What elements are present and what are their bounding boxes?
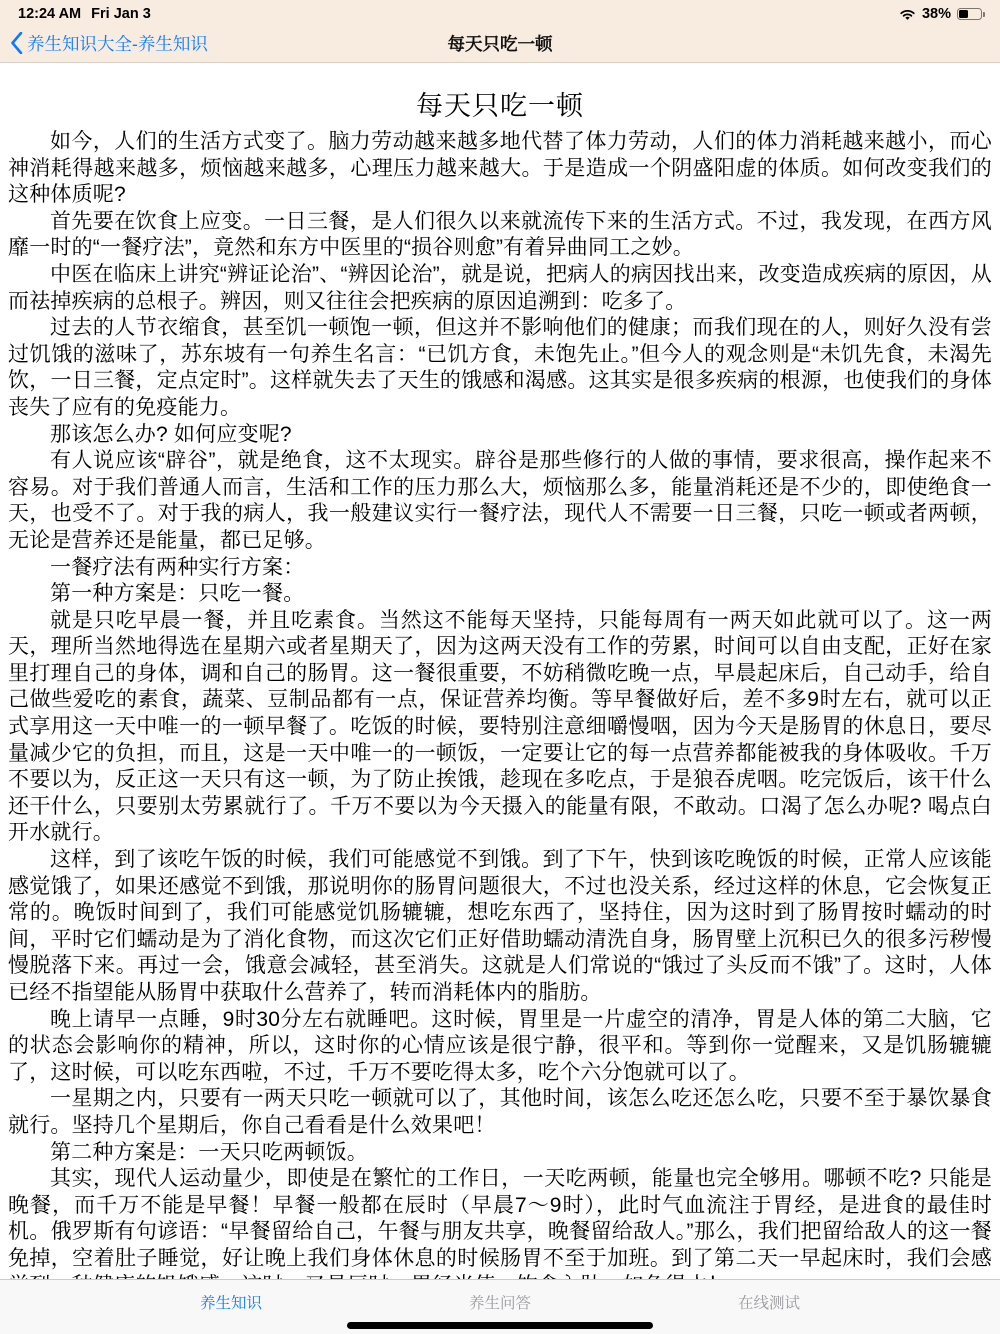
article-scroll-area[interactable]: 每天只吃一顿 如今，人们的生活方式变了。脑力劳动越来越多地代替了体力劳动，人们的… (0, 63, 1000, 1279)
battery-icon (957, 8, 982, 20)
article-paragraph: 第一种方案是：只吃一餐。 (8, 581, 992, 608)
article-paragraph: 这样，到了该吃午饭的时候，我们可能感觉不到饿。到了下午，快到该吃晚饭的时候，正常… (8, 847, 992, 1007)
status-date: Fri Jan 3 (91, 6, 151, 22)
article-paragraph: 就是只吃早晨一餐，并且吃素食。当然这不能每天坚持，只能每周有一两天如此就可以了。… (8, 608, 992, 847)
tab-items: 养生知识养生问答在线测试 (200, 1280, 800, 1313)
article-paragraph: 过去的人节衣缩食，甚至饥一顿饱一顿，但这并不影响他们的健康；而我们现在的人，则好… (8, 315, 992, 421)
wifi-icon (899, 8, 916, 21)
status-bar: 12:24 AM Fri Jan 3 38% (0, 0, 1000, 26)
app-screen: 12:24 AM Fri Jan 3 38% (0, 0, 1000, 1334)
status-left: 12:24 AM Fri Jan 3 (18, 6, 151, 22)
article-paragraph: 首先要在饮食上应变。一日三餐，是人们很久以来就流传下来的生活方式。不过，我发现，… (8, 209, 992, 262)
home-indicator[interactable] (347, 1322, 653, 1329)
article-paragraph: 一餐疗法有两种实行方案： (8, 555, 992, 582)
chevron-left-icon (10, 32, 23, 54)
nav-bar: 养生知识大全-养生知识 每天只吃一顿 (0, 24, 1000, 62)
article-paragraph: 一星期之内，只要有一两天只吃一顿就可以了，其他时间，该怎么吃还怎么吃，只要不至于… (8, 1086, 992, 1139)
status-right: 38% (899, 6, 982, 22)
article-paragraph: 那该怎么办? 如何应变呢? (8, 422, 992, 449)
status-time: 12:24 AM (18, 6, 81, 22)
article-paragraph: 中医在临床上讲究“辨证论治”、“辨因论治”，就是说，把病人的病因找出来，改变造成… (8, 262, 992, 315)
back-button[interactable]: 养生知识大全-养生知识 (10, 24, 208, 62)
tab-health-knowledge[interactable]: 养生知识 (200, 1291, 262, 1313)
article-paragraph: 其实，现代人运动量少，即使是在繁忙的工作日，一天吃两顿，能量也完全够用。哪顿不吃… (8, 1166, 992, 1279)
back-button-label: 养生知识大全-养生知识 (27, 31, 208, 56)
article-body: 如今，人们的生活方式变了。脑力劳动越来越多地代替了体力劳动，人们的体力消耗越来越… (0, 129, 1000, 1279)
article-paragraph: 第二种方案是：一天只吃两顿饭。 (8, 1140, 992, 1167)
tab-online-test[interactable]: 在线测试 (738, 1291, 800, 1313)
article-paragraph: 如今，人们的生活方式变了。脑力劳动越来越多地代替了体力劳动，人们的体力消耗越来越… (8, 129, 992, 209)
tab-bar: 养生知识养生问答在线测试 (0, 1279, 1000, 1334)
article-paragraph: 晚上请早一点睡，9时30分左右就睡吧。这时候，胃里是一片虚空的清净，胃是人体的第… (8, 1007, 992, 1087)
article-title: 每天只吃一顿 (0, 84, 1000, 123)
battery-percent: 38% (922, 6, 951, 22)
tab-health-qa[interactable]: 养生问答 (469, 1291, 531, 1313)
top-bars: 12:24 AM Fri Jan 3 38% (0, 0, 1000, 63)
article-paragraph: 有人说应该“辟谷”，就是绝食，这不太现实。辟谷是那些修行的人做的事情，要求很高，… (8, 448, 992, 554)
